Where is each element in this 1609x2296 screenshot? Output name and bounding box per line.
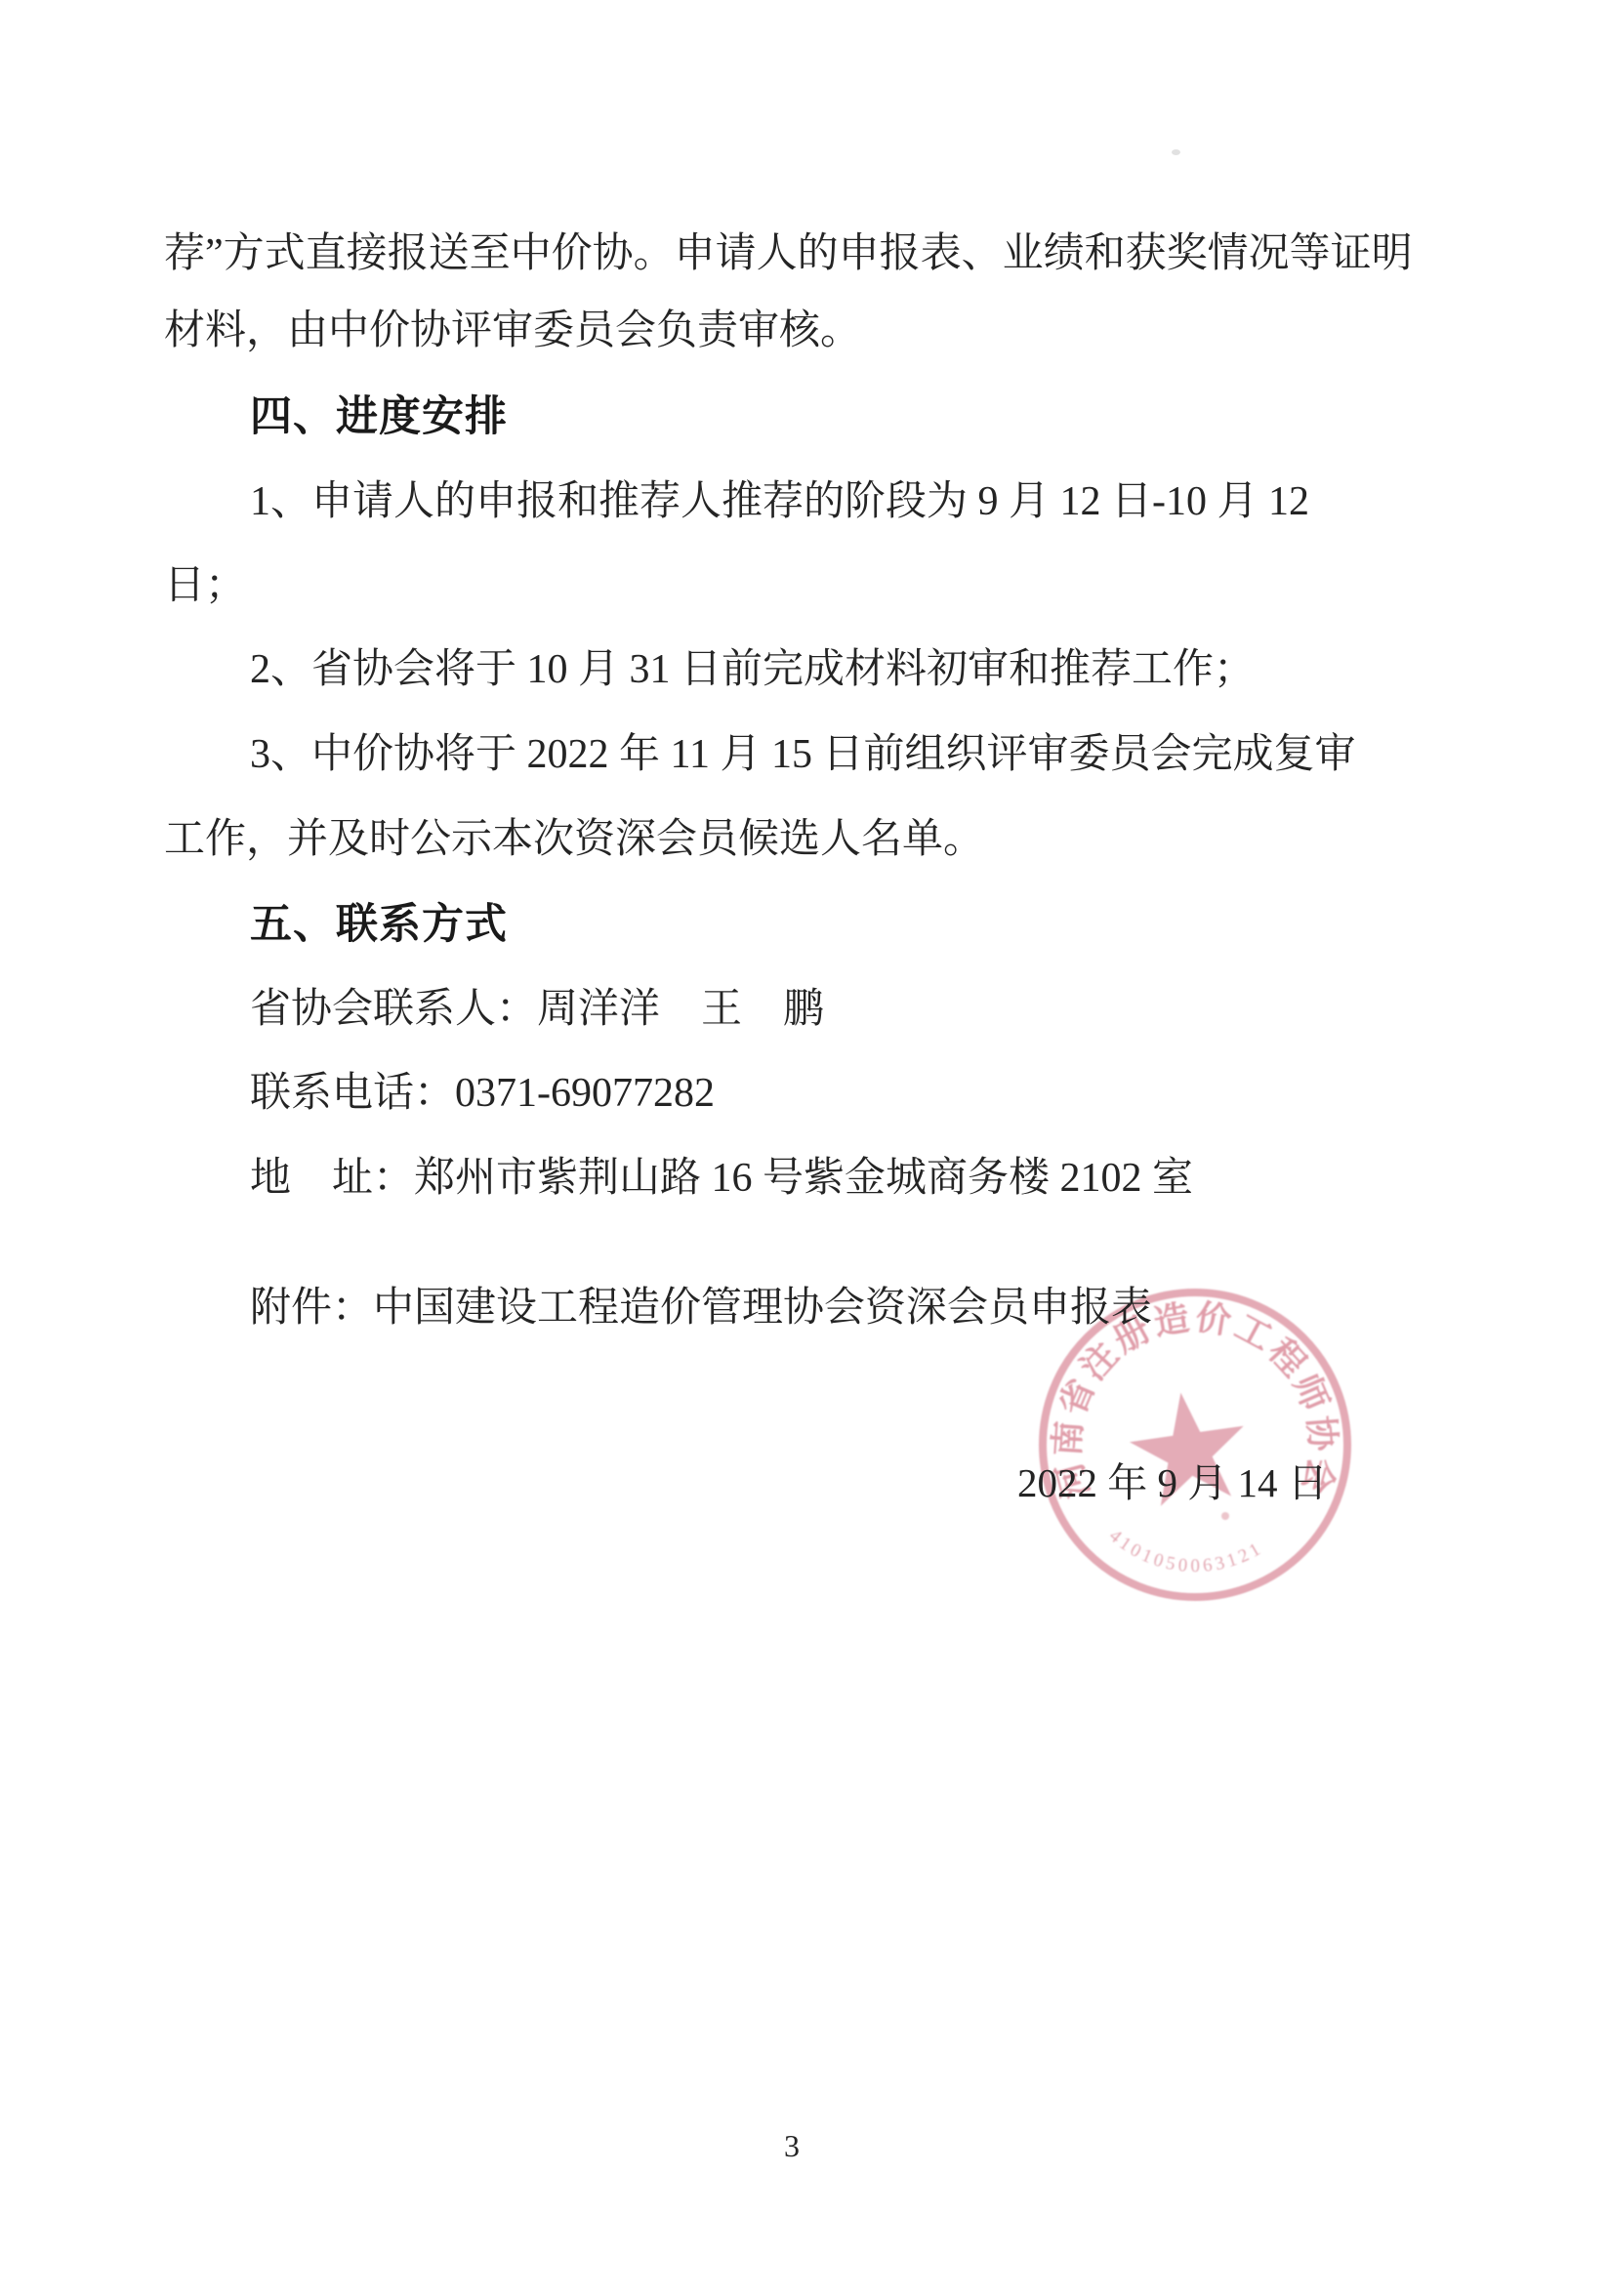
text-line: 工作，并及时公示本次资深会员候选人名单。 — [164, 817, 984, 862]
text-line: 材料，由中价协评审委员会负责审核。 — [164, 308, 861, 353]
section-heading: 四、进度安排 — [250, 394, 508, 440]
section-heading: 五、联系方式 — [250, 902, 508, 948]
text-line: 1、申请人的申报和推荐人推荐的阶段为 9 月 12 日-10 月 12 — [250, 479, 1309, 524]
text-line: 日； — [164, 563, 246, 608]
document-body: 荐”方式直接报送至中价协。申请人的申报表、业绩和获奖情况等证明材料，由中价协评审… — [0, 0, 1609, 2296]
text-line: 联系电话：0371-69077282 — [250, 1071, 715, 1116]
text-line: 3、中价协将于 2022 年 11 月 15 日前组织评审委员会完成复审 — [250, 732, 1355, 777]
text-line: 2、省协会将于 10 月 31 日前完成材料初审和推荐工作； — [250, 647, 1255, 692]
document-page: 河南省注册造价工程师协会 4101050063121 荐”方式直接报送至中价协。… — [0, 0, 1609, 2296]
text-line: 地 址：郑州市紫荆山路 16 号紫金城商务楼 2102 室 — [250, 1156, 1193, 1201]
date-line: 2022 年 9 月 14 日 — [1017, 1451, 1328, 1508]
text-line: 附件：中国建设工程造价管理协会资深会员申报表 — [250, 1286, 1152, 1331]
text-line: 省协会联系人：周洋洋 王 鹏 — [250, 987, 824, 1032]
text-line: 荐”方式直接报送至中价协。申请人的申报表、业绩和获奖情况等证明 — [164, 231, 1413, 276]
